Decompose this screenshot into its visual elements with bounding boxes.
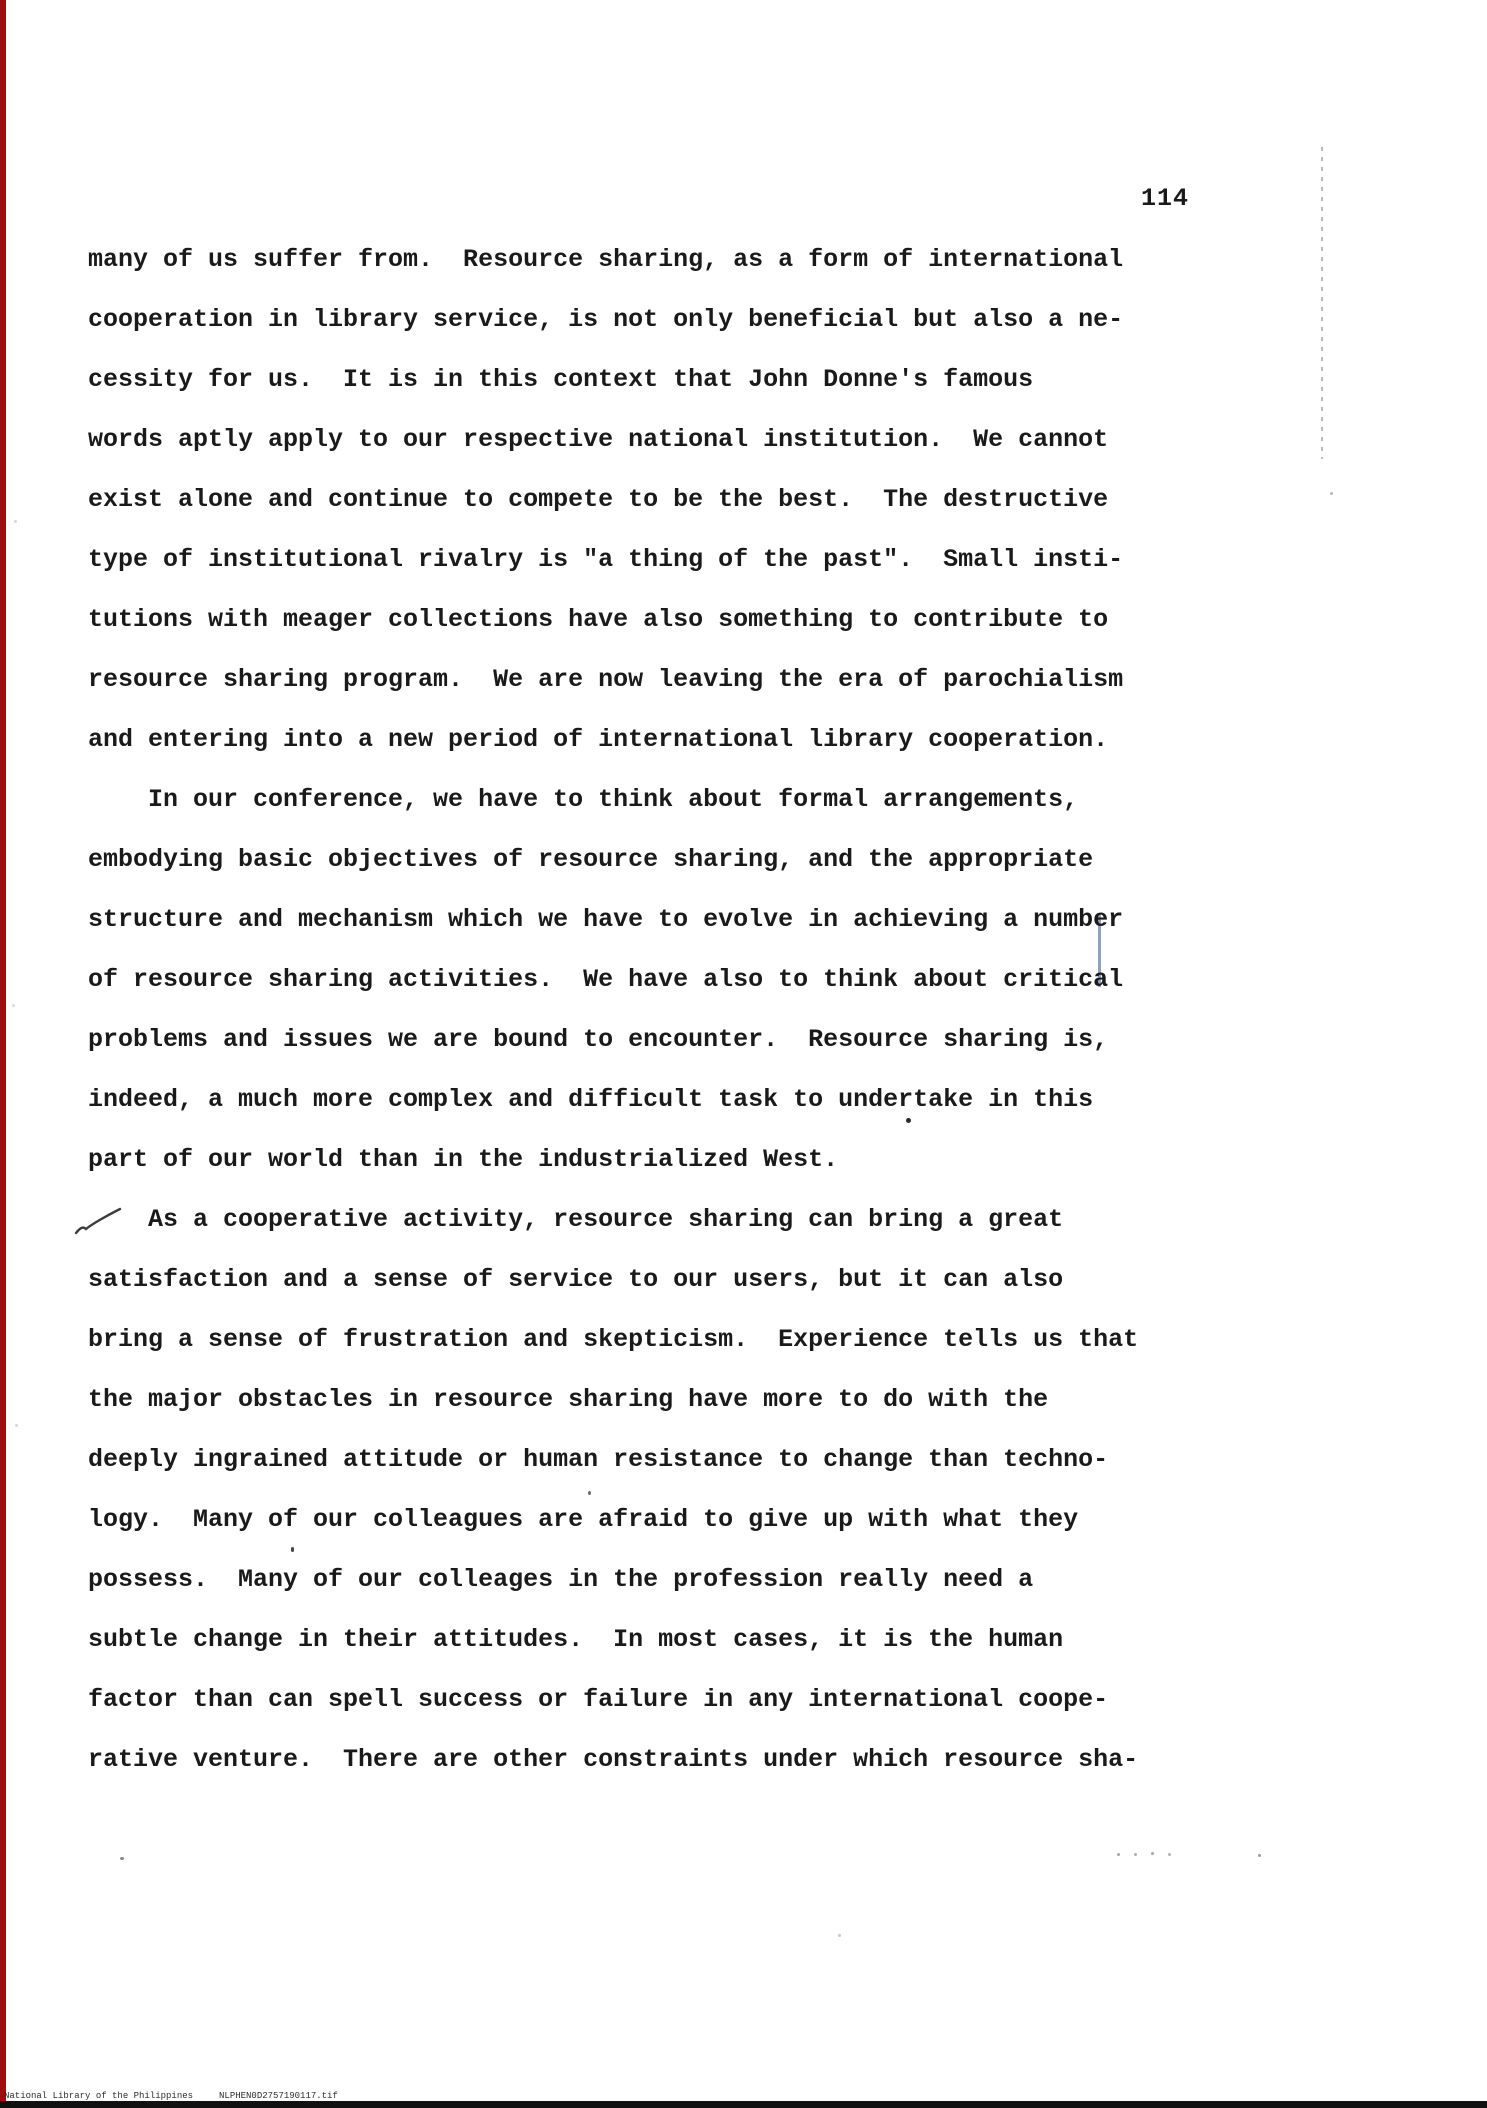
scan-speck (1117, 1853, 1120, 1856)
scan-speck (838, 1934, 841, 1937)
text-line: part of our world than in the industrial… (88, 1130, 1208, 1190)
text-line: problems and issues we are bound to enco… (88, 1010, 1208, 1070)
text-line: possess. Many of our colleages in the pr… (88, 1550, 1208, 1610)
text-line: indeed, a much more complex and difficul… (88, 1070, 1208, 1130)
scan-speck (1134, 1853, 1137, 1856)
text-line: factor than can spell success or failure… (88, 1670, 1208, 1730)
text-line: logy. Many of our colleagues are afraid … (88, 1490, 1208, 1550)
text-line: cooperation in library service, is not o… (88, 290, 1208, 350)
text-line: bring a sense of frustration and skeptic… (88, 1310, 1208, 1370)
text-line: As a cooperative activity, resource shar… (88, 1190, 1208, 1250)
scan-speck (291, 1547, 294, 1552)
text-line: tutions with meager collections have als… (88, 590, 1208, 650)
scanned-document-page: 114 many of us suffer from. Resource sha… (0, 0, 1487, 2108)
text-line: type of institutional rivalry is "a thin… (88, 530, 1208, 590)
text-line: structure and mechanism which we have to… (88, 890, 1208, 950)
text-line: cessity for us. It is in this context th… (88, 350, 1208, 410)
text-line: deeply ingrained attitude or human resis… (88, 1430, 1208, 1490)
scan-speck (906, 1118, 911, 1123)
footer-library-name: National Library of the Philippines (4, 2091, 193, 2101)
scan-bottom-bar (0, 2101, 1487, 2108)
scan-artifact-dotted-line (1321, 147, 1323, 459)
text-line: exist alone and continue to compete to b… (88, 470, 1208, 530)
text-line: resource sharing program. We are now lea… (88, 650, 1208, 710)
scan-speck (120, 1857, 124, 1860)
text-line: rative venture. There are other constrai… (88, 1730, 1208, 1790)
page-number: 114 (1141, 184, 1189, 213)
scan-speck (1330, 492, 1333, 495)
text-line: the major obstacles in resource sharing … (88, 1370, 1208, 1430)
text-line: subtle change in their attitudes. In mos… (88, 1610, 1208, 1670)
text-line: In our conference, we have to think abou… (88, 770, 1208, 830)
scan-speck (15, 1424, 18, 1427)
scan-speck (14, 520, 17, 523)
scan-speck (1168, 1853, 1171, 1856)
document-body: many of us suffer from. Resource sharing… (88, 230, 1208, 1790)
text-line: satisfaction and a sense of service to o… (88, 1250, 1208, 1310)
scan-footer: National Library of the PhilippinesNLPHE… (4, 2091, 338, 2101)
scan-speck (1258, 1854, 1261, 1857)
scan-edge-red-stripe (0, 0, 6, 2108)
text-line: words aptly apply to our respective nati… (88, 410, 1208, 470)
scan-speck (12, 1004, 15, 1007)
scan-speck (1151, 1852, 1154, 1855)
text-line: embodying basic objectives of resource s… (88, 830, 1208, 890)
footer-file-code: NLPHEN0D2757190117.tif (219, 2091, 338, 2101)
text-line: many of us suffer from. Resource sharing… (88, 230, 1208, 290)
scan-speck (588, 1491, 591, 1495)
text-line: of resource sharing activities. We have … (88, 950, 1208, 1010)
text-line: and entering into a new period of intern… (88, 710, 1208, 770)
